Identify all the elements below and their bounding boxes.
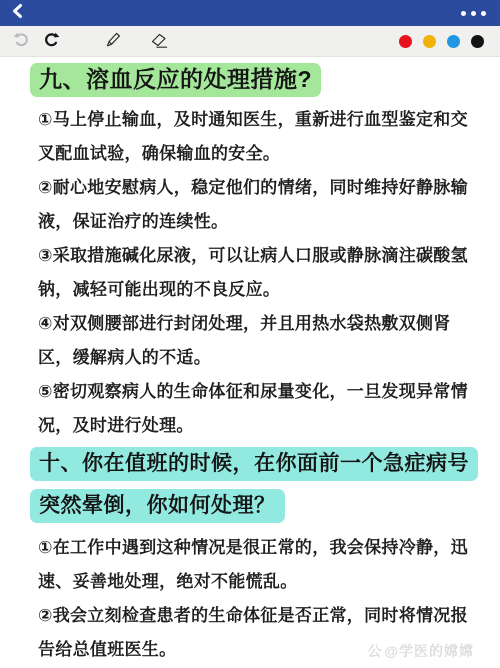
section-10-title-line-1: 十、你在值班的时候，在你面前一个急症病号 [30,447,478,481]
pen-tool-button[interactable] [103,30,123,53]
note-line: 液，保证治疗的连续性。 [38,205,472,239]
pen-color-black[interactable] [471,35,484,48]
note-line: ③采取措施碱化尿液，可以让病人口服或静脉滴注碳酸氢 [38,239,472,273]
more-dots-icon [461,11,486,16]
note-line: ②耐心地安慰病人，稳定他们的情绪，同时维持好静脉输 [38,171,472,205]
note-line: 叉配血试验，确保输血的安全。 [38,137,472,171]
pen-color-palette [399,35,484,48]
pen-color-blue[interactable] [447,35,460,48]
navbar [0,0,500,26]
undo-button[interactable] [12,30,31,52]
section-9-title: 九、溶血反应的处理措施? [30,63,321,97]
more-menu-button[interactable] [461,11,486,16]
note-line: 区，缓解病人的不适。 [38,341,472,375]
back-button[interactable] [10,3,26,24]
annotation-toolbar [0,26,500,57]
note-line: ①在工作中遇到这种情况是很正常的，我会保持冷静，迅 [38,531,472,565]
note-line: ④对双侧腰部进行封闭处理，并且用热水袋热敷双侧肾 [38,307,472,341]
section-9-title-row: 九、溶血反应的处理措施? [30,63,472,97]
note-line: ⑤密切观察病人的生命体征和尿量变化，一旦发现异常情 [38,375,472,409]
redo-button[interactable] [42,30,61,52]
section-10-title-row-1: 十、你在值班的时候，在你面前一个急症病号 [30,447,472,481]
note-line: ①马上停止输血，及时通知医生，重新进行血型鉴定和交 [38,103,472,137]
note-line: 况，及时进行处理。 [38,409,472,443]
note-line: ②我会立刻检查患者的生命体征是否正常，同时将情况报 [38,599,472,633]
pen-color-yellow[interactable] [423,35,436,48]
redo-icon [42,30,61,52]
section-10-title-line-2: 突然晕倒，你如何处理？ [30,489,285,523]
watermark: 公@学医的嫦嫦 [367,641,474,661]
undo-icon [12,30,31,52]
note-line: 钠，减轻可能出现的不良反应。 [38,273,472,307]
pen-color-red[interactable] [399,35,412,48]
chevron-left-icon [10,3,26,24]
pen-icon [103,30,123,53]
note-page: 九、溶血反应的处理措施? ①马上停止输血，及时通知医生，重新进行血型鉴定和交 叉… [0,57,500,667]
section-10-title-row-2: 突然晕倒，你如何处理？ [30,489,472,523]
eraser-tool-button[interactable] [147,30,170,53]
note-line: 速、妥善地处理，绝对不能慌乱。 [38,565,472,599]
note-app-screen: 九、溶血反应的处理措施? ①马上停止输血，及时通知医生，重新进行血型鉴定和交 叉… [0,0,500,668]
eraser-icon [147,30,170,53]
watermark-icon: 公 [367,641,382,661]
watermark-text: @学医的嫦嫦 [384,641,474,661]
